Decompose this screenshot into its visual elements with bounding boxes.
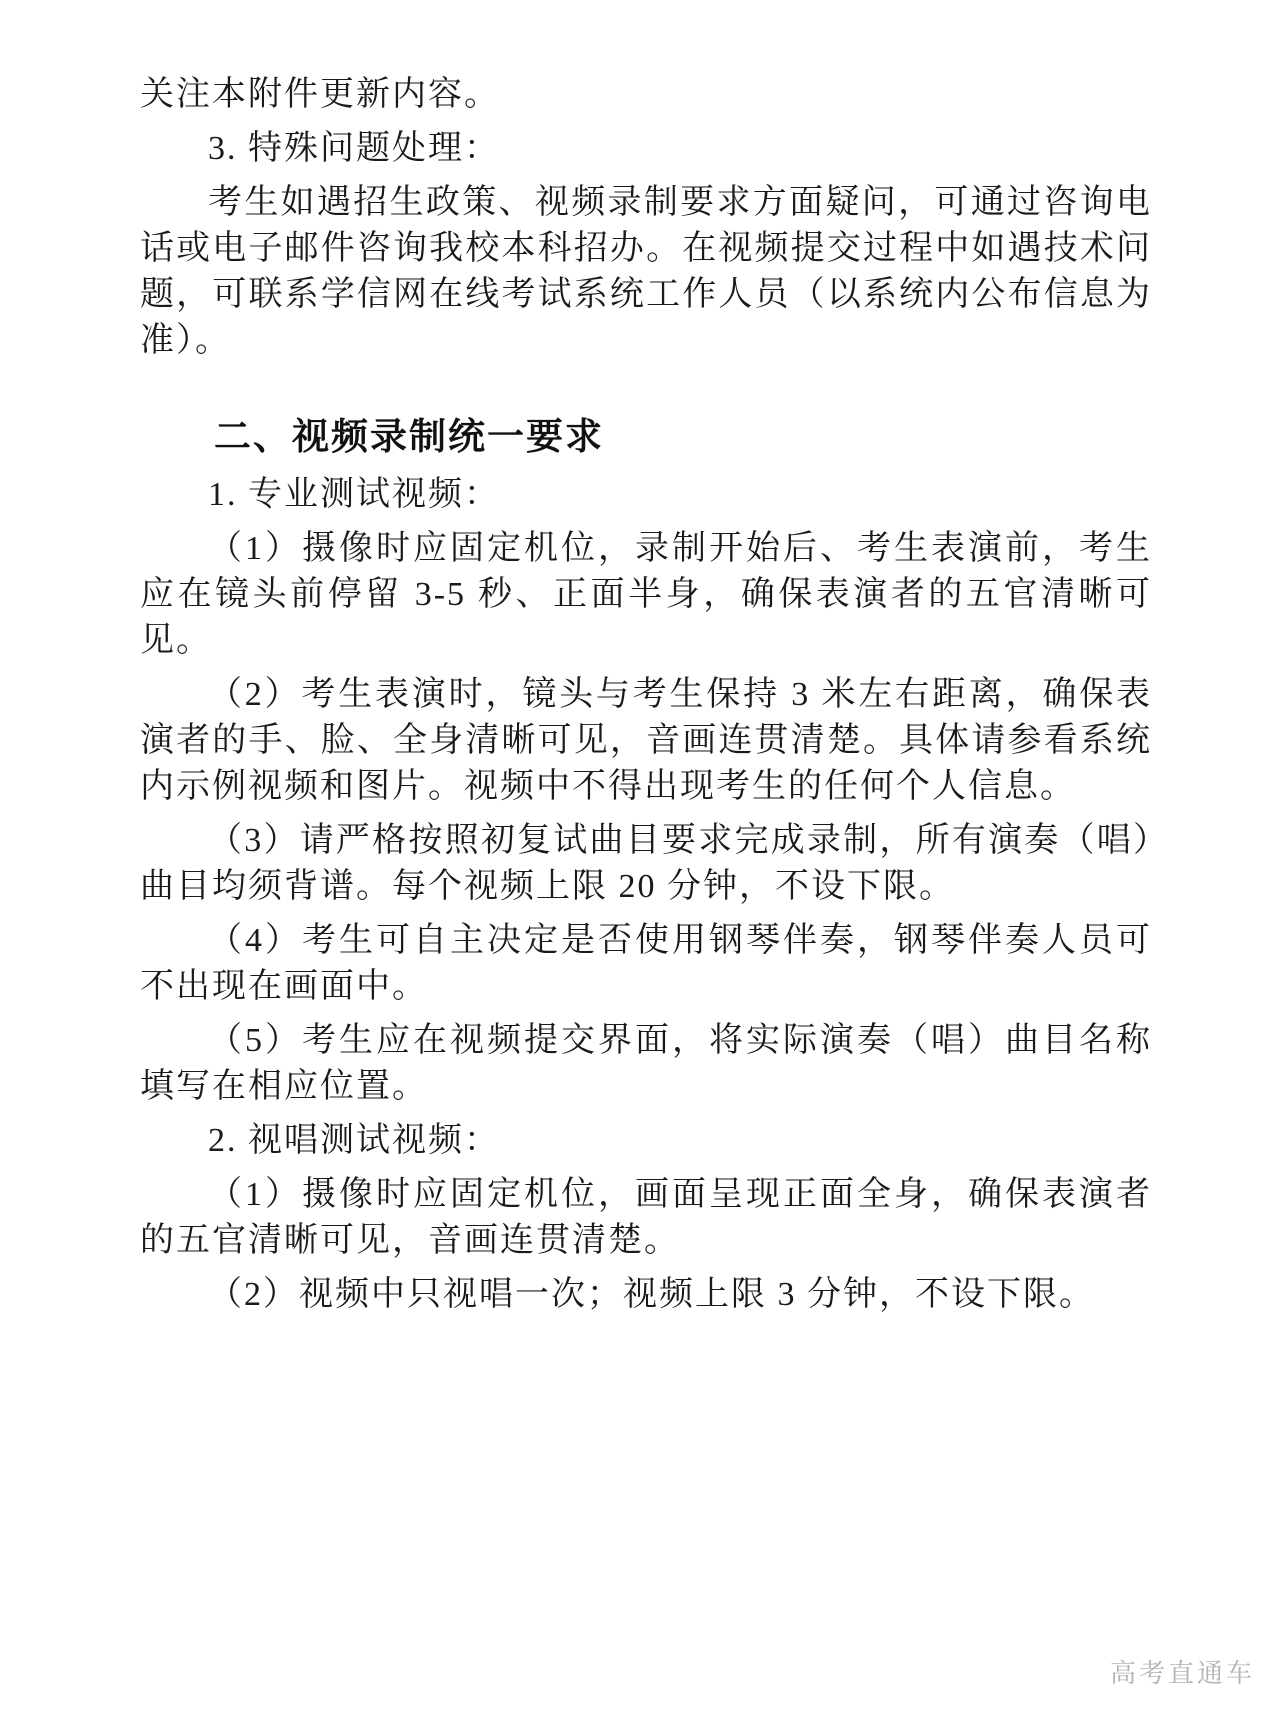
- body-paragraph-pro-rule-2: （2）考生表演时，镜头与考生保持 3 米左右距离，确保表演者的手、脸、全身清晰可…: [140, 672, 1152, 810]
- body-paragraph-contact-info: 考生如遇招生政策、视频录制要求方面疑问，可通过咨询电话或电子邮件咨询我校本科招办…: [140, 180, 1152, 364]
- watermark-gaokao-zhitongche: 高考直通车: [1110, 1653, 1255, 1690]
- list-item-2-sight-singing-test-video: 2. 视唱测试视频：: [140, 1118, 1152, 1164]
- body-paragraph-pro-rule-3: （3）请严格按照初复试曲目要求完成录制，所有演奏（唱）曲目均须背谱。每个视频上限…: [140, 818, 1152, 910]
- body-paragraph-sing-rule-1: （1）摄像时应固定机位，画面呈现正面全身，确保表演者的五官清晰可见，音画连贯清楚…: [140, 1172, 1152, 1264]
- document-page: 关注本附件更新内容。 3. 特殊问题处理： 考生如遇招生政策、视频录制要求方面疑…: [0, 0, 1280, 1716]
- body-paragraph-pro-rule-1: （1）摄像时应固定机位，录制开始后、考生表演前，考生应在镜头前停留 3-5 秒、…: [140, 526, 1152, 664]
- body-paragraph-continuation: 关注本附件更新内容。: [140, 72, 1152, 118]
- body-paragraph-pro-rule-4: （4）考生可自主决定是否使用钢琴伴奏，钢琴伴奏人员可不出现在画面中。: [140, 918, 1152, 1010]
- list-item-1-professional-test-video: 1. 专业测试视频：: [140, 472, 1152, 518]
- document-body: 关注本附件更新内容。 3. 特殊问题处理： 考生如遇招生政策、视频录制要求方面疑…: [140, 72, 1152, 1318]
- list-item-3-special-issues: 3. 特殊问题处理：: [140, 126, 1152, 172]
- section-heading-unified-video-requirements: 二、视频录制统一要求: [140, 412, 1152, 462]
- body-paragraph-sing-rule-2: （2）视频中只视唱一次；视频上限 3 分钟，不设下限。: [140, 1272, 1152, 1318]
- body-paragraph-pro-rule-5: （5）考生应在视频提交界面，将实际演奏（唱）曲目名称填写在相应位置。: [140, 1018, 1152, 1110]
